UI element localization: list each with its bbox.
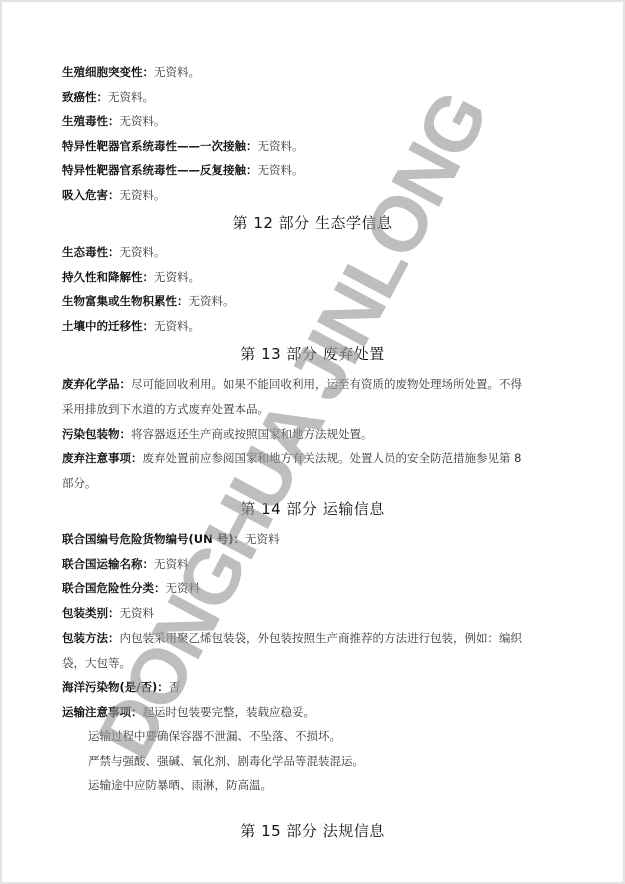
section-12-heading: 第 12 部分 生态学信息 — [2, 213, 623, 233]
field-label: 海洋污染物(是/否)： — [62, 680, 169, 694]
field-label: 特异性靶器官系统毒性——反复接触： — [62, 163, 258, 177]
field-value: 将容器返还生产商或按照国家和地方法规处置。 — [131, 427, 373, 441]
field-value: 无资料。 — [120, 188, 166, 202]
field-value: 无资料。 — [154, 319, 200, 333]
field-waste-chemical: 废弃化学品：尽可能回收利用。如果不能回收利用，运至有资质的废物处理场所处置。不得 — [62, 376, 522, 392]
field-disposal-notes: 废弃注意事项：废弃处置前应参阅国家和地方有关法规。处置人员的安全防范措施参见第 … — [62, 450, 521, 466]
field-carcinogenicity: 致癌性：无资料。 — [62, 89, 154, 105]
field-value: 无资料。 — [120, 245, 166, 259]
field-waste-chemical-continuation: 采用排放到下水道的方式废弃处置本品。 — [62, 401, 269, 417]
field-germ-cell-mutagenicity: 生殖细胞突变性：无资料。 — [62, 64, 200, 80]
field-value: 否 — [169, 680, 181, 694]
field-value: 尽可能回收利用。如果不能回收利用，运至有资质的废物处理场所处置。不得 — [131, 377, 522, 391]
field-label: 特异性靶器官系统毒性——一次接触： — [62, 139, 258, 153]
field-value: 无资料。 — [154, 270, 200, 284]
field-label: 运输注意事项： — [62, 705, 143, 719]
field-value: 无资料。 — [258, 139, 304, 153]
field-soil-mobility: 土壤中的迁移性：无资料。 — [62, 318, 200, 334]
field-un-number: 联合国编号危险货物编号(UN 号)：无资料 — [62, 531, 279, 547]
note-text: 运输过程中要确保容器不泄漏、不坠落、不损坏。 — [88, 729, 341, 743]
field-value-continuation: 袋，大包等。 — [62, 656, 131, 670]
field-stot-repeated: 特异性靶器官系统毒性——反复接触：无资料。 — [62, 162, 304, 178]
field-value: 无资料 — [166, 581, 201, 595]
transport-note: 严禁与强酸、强碱、氧化剂、剧毒化学品等混装混运。 — [88, 753, 364, 769]
document-page: 生殖细胞突变性：无资料。 致癌性：无资料。 生殖毒性：无资料。 特异性靶器官系统… — [0, 0, 625, 884]
section-15-heading: 第 15 部分 法规信息 — [2, 821, 623, 841]
field-transport-precautions: 运输注意事项：起运时包装要完整，装载应稳妥。 — [62, 704, 315, 720]
field-packing-method: 包装方法：内包装采用聚乙烯包装袋，外包装按照生产商推荐的方法进行包装，例如：编织 — [62, 630, 522, 646]
field-label: 联合国编号危险货物编号(UN 号)： — [62, 532, 245, 546]
field-label: 包装类别： — [62, 606, 120, 620]
field-label: 吸入危害： — [62, 188, 120, 202]
field-value-continuation: 采用排放到下水道的方式废弃处置本品。 — [62, 402, 269, 416]
transport-note: 运输途中应防暴晒、雨淋，防高温。 — [88, 777, 272, 793]
field-value: 内包装采用聚乙烯包装袋，外包装按照生产商推荐的方法进行包装，例如：编织 — [120, 631, 523, 645]
field-value: 无资料。 — [258, 163, 304, 177]
field-label: 联合国运输名称： — [62, 557, 154, 571]
field-label: 联合国危险性分类： — [62, 581, 166, 595]
field-label: 废弃注意事项： — [62, 451, 143, 465]
field-aspiration-hazard: 吸入危害：无资料。 — [62, 187, 166, 203]
field-value: 无资料 — [245, 532, 280, 546]
field-value: 废弃处置前应参阅国家和地方有关法规。处置人员的安全防范措施参见第 8 — [143, 451, 522, 465]
field-label: 生态毒性： — [62, 245, 120, 259]
field-packing-group: 包装类别：无资料 — [62, 605, 154, 621]
field-value: 无资料 — [120, 606, 155, 620]
field-label: 污染包装物： — [62, 427, 131, 441]
field-ecotoxicity: 生态毒性：无资料。 — [62, 244, 166, 260]
field-value: 无资料。 — [154, 65, 200, 79]
field-contaminated-packaging: 污染包装物：将容器返还生产商或按照国家和地方法规处置。 — [62, 426, 373, 442]
field-stot-single: 特异性靶器官系统毒性——一次接触：无资料。 — [62, 138, 304, 154]
field-label: 生殖细胞突变性： — [62, 65, 154, 79]
transport-note: 运输过程中要确保容器不泄漏、不坠落、不损坏。 — [88, 728, 341, 744]
field-bioaccumulation: 生物富集或生物积累性：无资料。 — [62, 293, 235, 309]
field-disposal-notes-continuation: 部分。 — [62, 475, 97, 491]
field-reproductive-toxicity: 生殖毒性：无资料。 — [62, 113, 166, 129]
field-label: 生物富集或生物积累性： — [62, 294, 189, 308]
note-text: 运输途中应防暴晒、雨淋，防高温。 — [88, 778, 272, 792]
section-14-heading: 第 14 部分 运输信息 — [2, 499, 623, 519]
field-label: 生殖毒性： — [62, 114, 120, 128]
field-un-hazard-class: 联合国危险性分类：无资料 — [62, 580, 200, 596]
field-value: 无资料。 — [189, 294, 235, 308]
field-packing-method-continuation: 袋，大包等。 — [62, 655, 131, 671]
field-value-continuation: 部分。 — [62, 476, 97, 490]
field-label: 持久性和降解性： — [62, 270, 154, 284]
note-text: 严禁与强酸、强碱、氧化剂、剧毒化学品等混装混运。 — [88, 754, 364, 768]
field-value: 无资料 — [154, 557, 189, 571]
field-un-shipping-name: 联合国运输名称：无资料 — [62, 556, 189, 572]
field-marine-pollutant: 海洋污染物(是/否)：否 — [62, 679, 180, 695]
page-content: 生殖细胞突变性：无资料。 致癌性：无资料。 生殖毒性：无资料。 特异性靶器官系统… — [2, 2, 623, 882]
field-value: 起运时包装要完整，装载应稳妥。 — [143, 705, 316, 719]
section-13-heading: 第 13 部分 废弃处置 — [2, 344, 623, 364]
field-value: 无资料。 — [120, 114, 166, 128]
field-label: 包装方法： — [62, 631, 120, 645]
field-persistence: 持久性和降解性：无资料。 — [62, 269, 200, 285]
field-value: 无资料。 — [108, 90, 154, 104]
field-label: 土壤中的迁移性： — [62, 319, 154, 333]
field-label: 致癌性： — [62, 90, 108, 104]
field-label: 废弃化学品： — [62, 377, 131, 391]
